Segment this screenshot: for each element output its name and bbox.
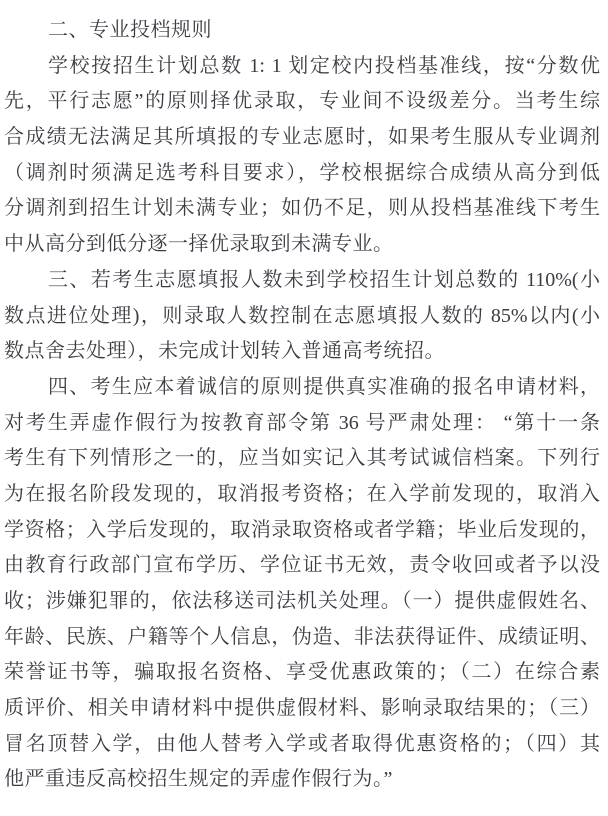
text-line: 中从高分到低分逐一择优录取到未满专业。	[4, 227, 600, 263]
document-page: 二、专业投档规则学校按招生计划总数 1: 1 划定校内投档基准线，按“分数优先，…	[0, 0, 608, 816]
text-line: 考生有下列情形之一的，应当如实记入其考试诚信档案。下列行	[4, 441, 600, 477]
text-line: 数点进位处理)，则录取人数控制在志愿填报人数的 85%以内(小	[4, 299, 600, 335]
text-line: 荣誉证书等，骗取报名资格、享受优惠政策的；（二）在综合素	[4, 655, 600, 691]
text-line: 质评价、相关申请材料中提供虚假材料、影响录取结果的；（三）	[4, 691, 600, 727]
document-body: 二、专业投档规则学校按招生计划总数 1: 1 划定校内投档基准线，按“分数优先，…	[4, 13, 600, 798]
text-line: 先，平行志愿”的原则择优录取，专业间不设级差分。当考生综	[4, 84, 600, 120]
text-line: 他严重违反高校招生规定的弄虚作假行为。”	[4, 762, 600, 798]
text-line: 数点舍去处理），未完成计划转入普通高考统招。	[4, 334, 600, 370]
text-line: 分调剂到招生计划未满专业；如仍不足，则从投档基准线下考生	[4, 191, 600, 227]
text-line: 三、若考生志愿填报人数未到学校招生计划总数的 110%(小	[4, 263, 600, 299]
text-line: 由教育行政部门宣布学历、学位证书无效，责令收回或者予以没	[4, 548, 600, 584]
text-line: 为在报名阶段发现的，取消报考资格；在入学前发现的，取消入	[4, 477, 600, 513]
text-line: 学校按招生计划总数 1: 1 划定校内投档基准线，按“分数优	[4, 49, 600, 85]
text-line: 收；涉嫌犯罪的，依法移送司法机关处理。（一）提供虚假姓名、	[4, 584, 600, 620]
section-heading: 二、专业投档规则	[4, 13, 600, 49]
text-line: 对考生弄虚作假行为按教育部令第 36 号严肃处理： “第十一条	[4, 406, 600, 442]
text-line: 年龄、民族、户籍等个人信息，伪造、非法获得证件、成绩证明、	[4, 620, 600, 656]
text-line: 合成绩无法满足其所填报的专业志愿时，如果考生服从专业调剂	[4, 120, 600, 156]
text-line: 四、考生应本着诚信的原则提供真实准确的报名申请材料，	[4, 370, 600, 406]
text-line: 学资格；入学后发现的，取消录取资格或者学籍；毕业后发现的，	[4, 513, 600, 549]
text-line: （调剂时须满足选考科目要求），学校根据综合成绩从高分到低	[4, 156, 600, 192]
text-line: 冒名顶替入学，由他人替考入学或者取得优惠资格的；（四）其	[4, 727, 600, 763]
